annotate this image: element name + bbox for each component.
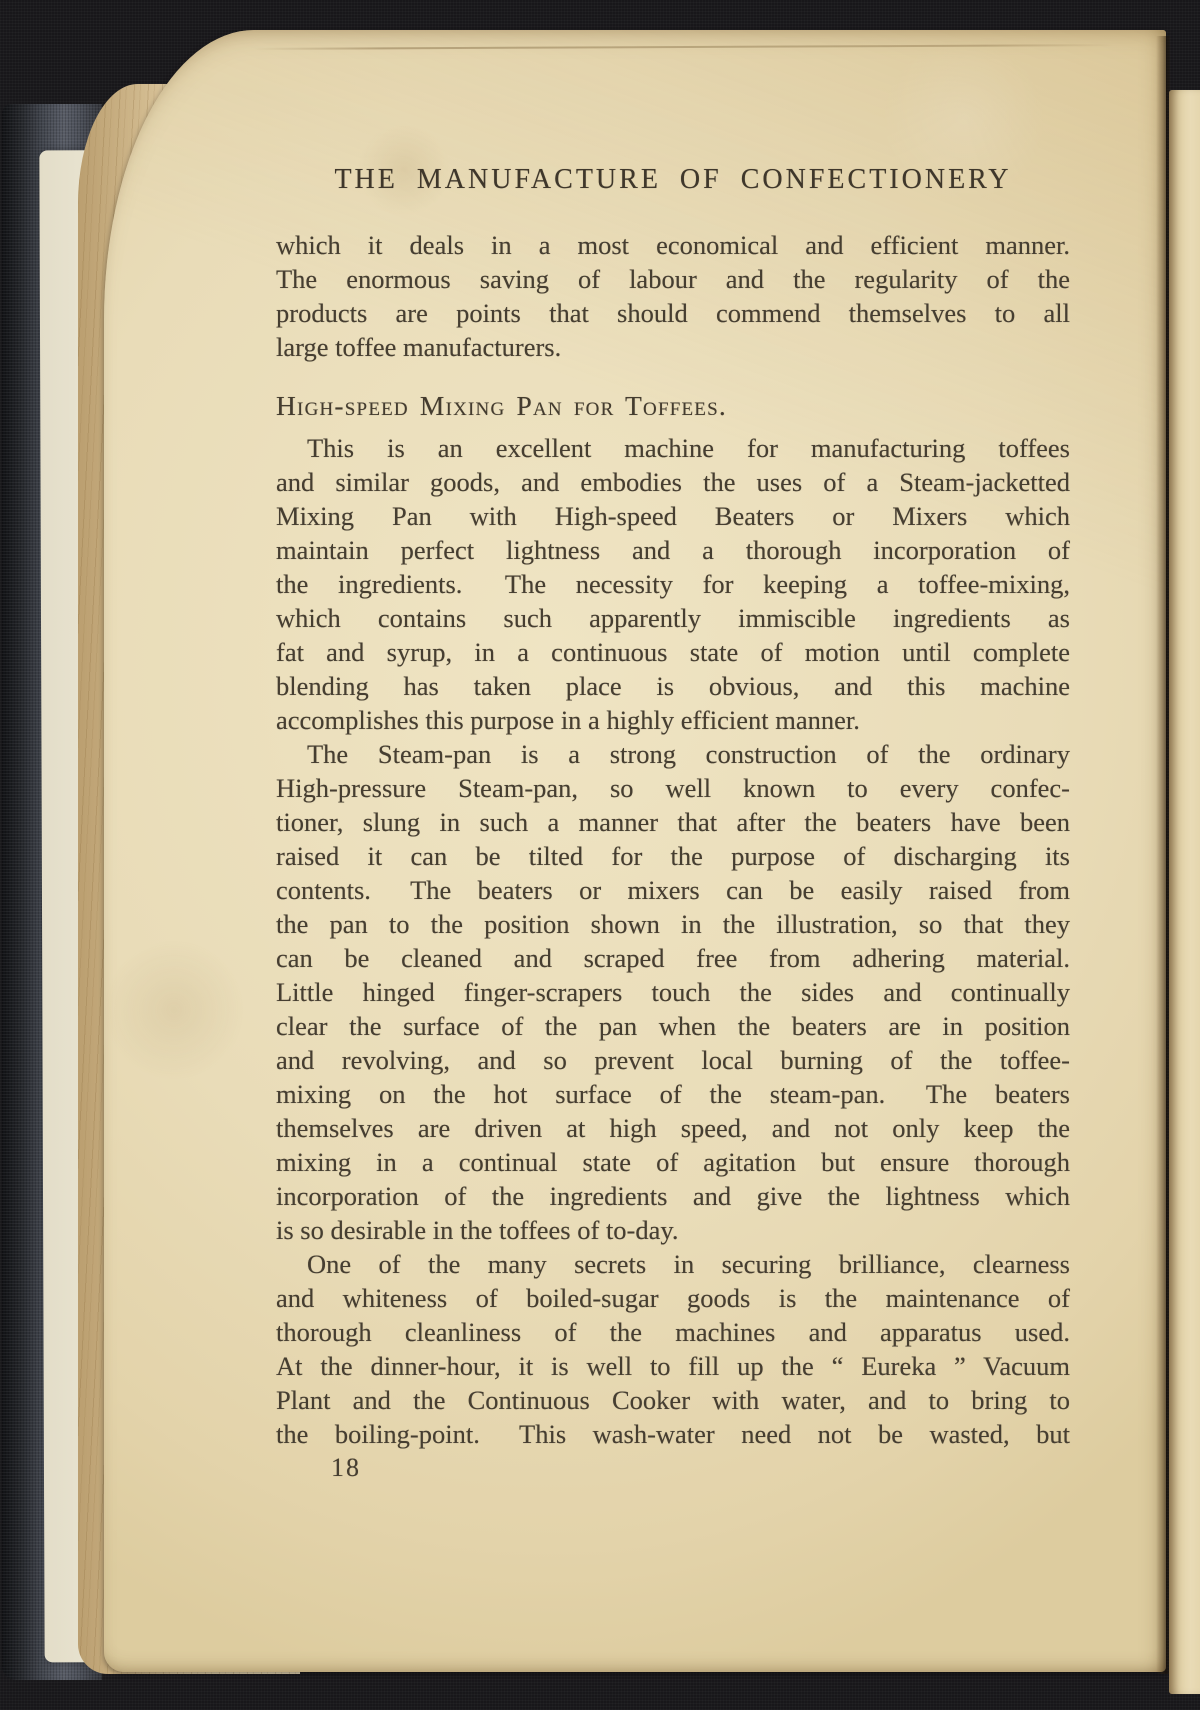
text-line: One of the many secrets in securing bril…	[276, 1247, 1070, 1281]
text-line: This is an excellent machine for manufac…	[276, 431, 1070, 465]
text-line: Plant and the Continuous Cooker with wat…	[276, 1383, 1070, 1417]
next-page-edge	[1169, 90, 1200, 1694]
photo-background: { "book_page": { "running_header": "THE …	[0, 0, 1200, 1710]
text-line: the ingredients. The necessity for keepi…	[276, 567, 1070, 601]
book-page: THE MANUFACTURE OF CONFECTIONERY which i…	[104, 30, 1166, 1672]
text-line: raised it can be tilted for the purpose …	[276, 839, 1070, 873]
text-line: High-pressure Steam-pan, so well known t…	[276, 771, 1070, 805]
text-line: and whiteness of boiled-sugar goods is t…	[276, 1281, 1070, 1315]
text-line: tioner, slung in such a manner that afte…	[276, 805, 1070, 839]
text-line: fat and syrup, in a continuous state of …	[276, 635, 1070, 669]
paragraph: which it deals in a most economical and …	[276, 228, 1070, 364]
page-number: 18	[276, 1451, 1070, 1485]
text-line: themselves are driven at high speed, and…	[276, 1111, 1070, 1145]
text-line: blending has taken place is obvious, and…	[276, 669, 1070, 703]
paragraph: This is an excellent machine for manufac…	[276, 431, 1070, 737]
text-line: mixing in a continual state of agitation…	[276, 1145, 1070, 1179]
text-line: maintain perfect lightness and a thoroug…	[276, 533, 1070, 567]
section-heading: High-speed Mixing Pan for Toffees.	[276, 389, 1070, 423]
paragraph: The Steam-pan is a strong construction o…	[276, 737, 1070, 1247]
text-line: and revolving, and so prevent local burn…	[276, 1043, 1070, 1077]
page-top-crease	[254, 44, 1114, 50]
running-header: THE MANUFACTURE OF CONFECTIONERY	[276, 162, 1070, 198]
text-line: can be cleaned and scraped free from adh…	[276, 941, 1070, 975]
text-line: which contains such apparently immiscibl…	[276, 601, 1070, 635]
text-line: At the dinner-hour, it is well to fill u…	[276, 1349, 1070, 1383]
text-line: large toffee manufacturers.	[276, 330, 1070, 364]
text-line: is so desirable in the toffees of to-day…	[276, 1213, 1070, 1247]
text-line: Mixing Pan with High-speed Beaters or Mi…	[276, 499, 1070, 533]
paragraph: One of the many secrets in securing bril…	[276, 1247, 1070, 1451]
gutter-crease	[1156, 36, 1170, 1674]
text-line: the boiling-point. This wash-water need …	[276, 1417, 1070, 1451]
text-line: The enormous saving of labour and the re…	[276, 262, 1070, 296]
text-line: Little hinged finger-scrapers touch the …	[276, 975, 1070, 1009]
text-block: which it deals in a most economical and …	[276, 228, 1070, 1485]
text-line: The Steam-pan is a strong construction o…	[276, 737, 1070, 771]
text-line: clear the surface of the pan when the be…	[276, 1009, 1070, 1043]
text-line: the pan to the position shown in the ill…	[276, 907, 1070, 941]
text-line: contents. The beaters or mixers can be e…	[276, 873, 1070, 907]
text-line: incorporation of the ingredients and giv…	[276, 1179, 1070, 1213]
text-line: which it deals in a most economical and …	[276, 228, 1070, 262]
text-line: accomplishes this purpose in a highly ef…	[276, 703, 1070, 737]
text-line: mixing on the hot surface of the steam-p…	[276, 1077, 1070, 1111]
text-line: thorough cleanliness of the machines and…	[276, 1315, 1070, 1349]
text-line: products are points that should commend …	[276, 296, 1070, 330]
text-line: and similar goods, and embodies the uses…	[276, 465, 1070, 499]
